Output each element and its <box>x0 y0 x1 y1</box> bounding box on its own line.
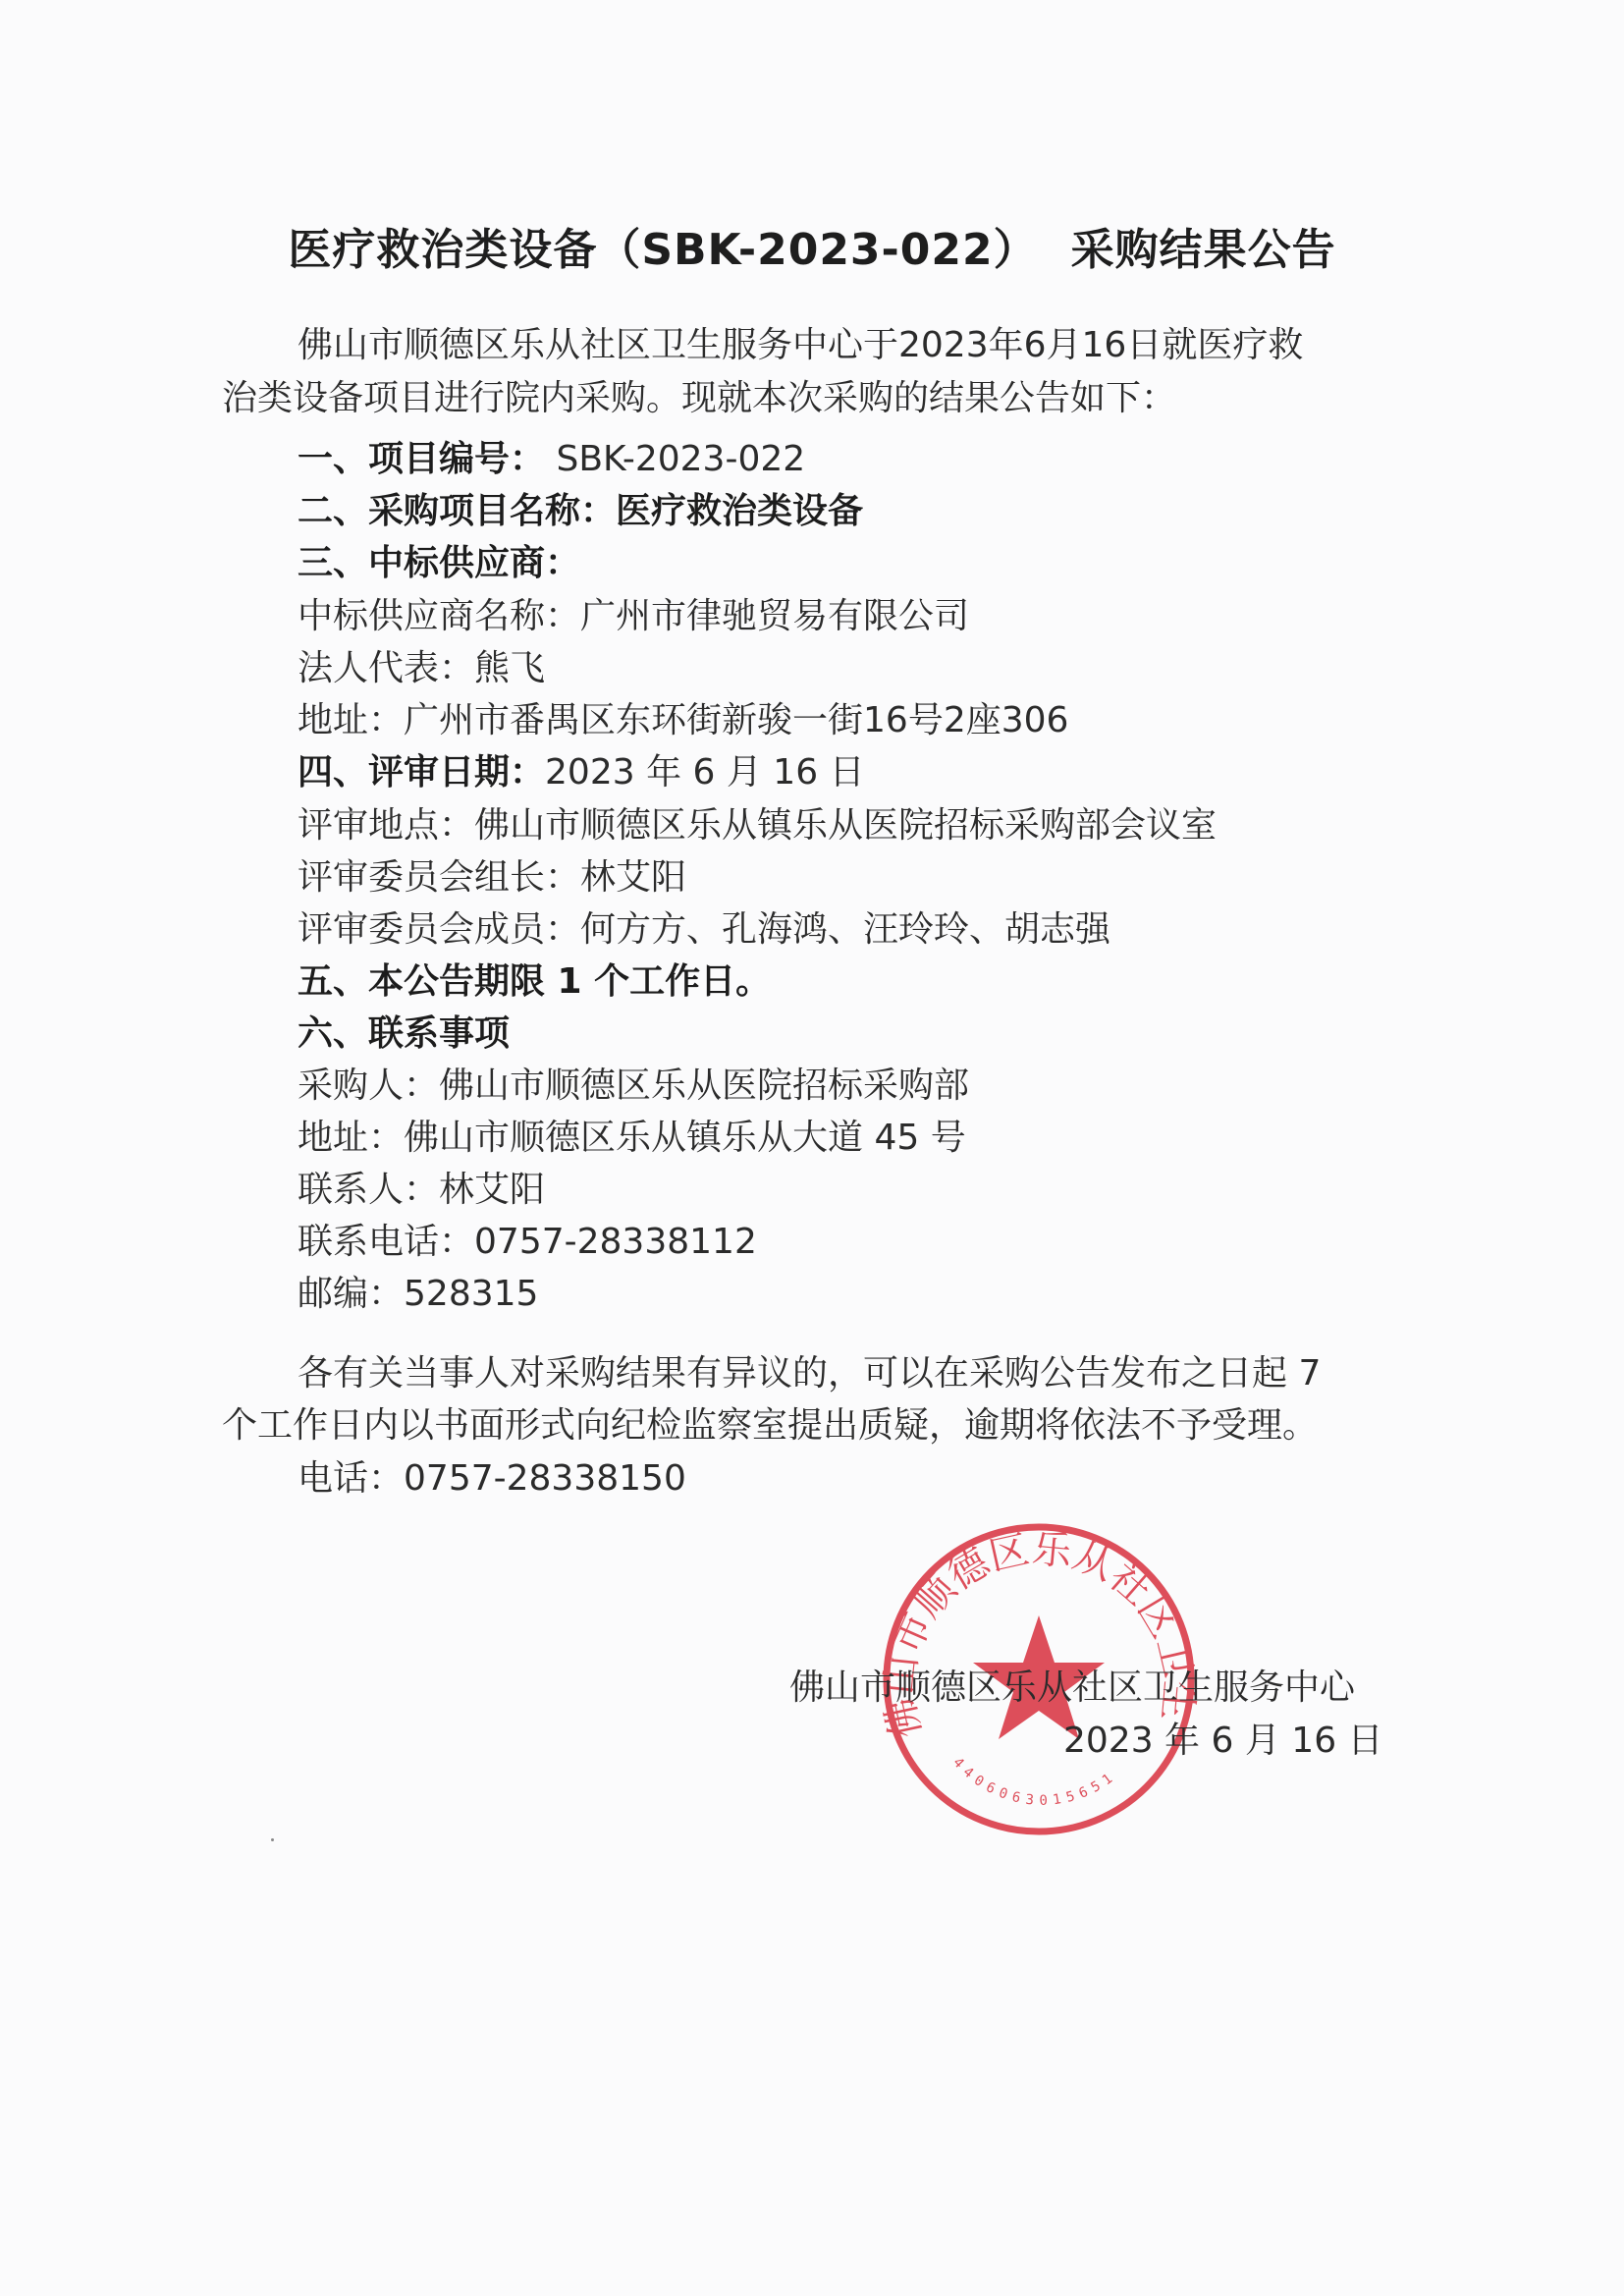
zip-code: 528315 <box>404 1274 538 1314</box>
objection-phone: 0757-28338150 <box>404 1458 686 1499</box>
project-name: 医疗救治类设备 <box>616 491 863 531</box>
supplier-address: 广州市番禺区东环街新骏一街16号2座306 <box>404 700 1068 740</box>
buyer: 佛山市顺德区乐从医院招标采购部 <box>439 1066 969 1106</box>
signature-org: 佛山市顺德区乐从社区卫生服务中心 <box>789 1660 1355 1710</box>
review-leader-row: 评审委员会组长：林艾阳 <box>298 856 686 900</box>
field-label: 电话： <box>298 1458 404 1499</box>
objection-line-2: 个工作日内以书面形式向纪检监察室提出质疑，逾期将依法不予受理。 <box>222 1404 1318 1448</box>
contact-phone: 0757-28338112 <box>474 1222 757 1262</box>
field-label: 邮编： <box>298 1274 404 1314</box>
intro-line-1: 佛山市顺德区乐从社区卫生服务中心于2023年6月16日就医疗救 <box>298 324 1303 367</box>
intro-line-2: 治类设备项目进行院内采购。现就本次采购的结果公告如下： <box>222 377 1176 420</box>
field-label: 采购人： <box>298 1066 439 1106</box>
title-suffix: 采购结果公告 <box>1071 225 1336 275</box>
signature-date: 2023 年 6 月 16 日 <box>1063 1713 1383 1763</box>
section-review-date: 四、评审日期：2023 年 6 月 16 日 <box>298 751 865 794</box>
supplier-name: 广州市律驰贸易有限公司 <box>580 596 969 636</box>
objection-phone-row: 电话：0757-28338150 <box>298 1457 686 1501</box>
supplier-address-row: 地址：广州市番禺区东环街新骏一街16号2座306 <box>298 699 1068 742</box>
field-label: 联系人： <box>298 1170 439 1210</box>
zip-row: 邮编：528315 <box>298 1273 538 1316</box>
section-label: 四、评审日期： <box>298 752 545 793</box>
objection-line-1: 各有关当事人对采购结果有异议的，可以在采购公告发布之日起 7 <box>298 1352 1321 1395</box>
field-label: 中标供应商名称： <box>298 596 580 636</box>
review-date: 2023 年 6 月 16 日 <box>545 752 865 793</box>
scan-speck <box>271 1838 274 1841</box>
supplier-name-row: 中标供应商名称：广州市律驰贸易有限公司 <box>298 595 969 638</box>
buyer-row: 采购人：佛山市顺德区乐从医院招标采购部 <box>298 1065 969 1108</box>
field-label: 联系电话： <box>298 1222 474 1262</box>
document-title: 医疗救治类设备（SBK-2023-022）采购结果公告 <box>0 214 1624 277</box>
section-supplier-heading: 三、中标供应商： <box>298 542 580 585</box>
review-place-row: 评审地点：佛山市顺德区乐从镇乐从医院招标采购部会议室 <box>298 804 1217 847</box>
review-leader: 林艾阳 <box>580 857 686 898</box>
section-project-number: 一、项目编号： SBK-2023-022 <box>298 438 805 481</box>
seal-code: 4406063015651 <box>949 1755 1120 1809</box>
contact-phone-row: 联系电话：0757-28338112 <box>298 1221 757 1264</box>
section-contact-heading: 六、联系事项 <box>298 1012 510 1056</box>
review-members: 何方方、孔海鸿、汪玲玲、胡志强 <box>580 909 1110 950</box>
legal-rep-row: 法人代表：熊飞 <box>298 647 545 690</box>
section-project-name: 二、采购项目名称：医疗救治类设备 <box>298 490 863 533</box>
review-members-row: 评审委员会成员：何方方、孔海鸿、汪玲玲、胡志强 <box>298 908 1110 952</box>
contact-person: 林艾阳 <box>439 1170 545 1210</box>
section-label: 一、项目编号： <box>298 439 545 479</box>
field-label: 法人代表： <box>298 648 474 688</box>
section-label: 二、采购项目名称： <box>298 491 616 531</box>
review-place: 佛山市顺德区乐从镇乐从医院招标采购部会议室 <box>474 805 1217 846</box>
title-main: 医疗救治类设备（SBK-2023-022） <box>288 225 1037 275</box>
field-label: 地址： <box>298 700 404 740</box>
field-label: 评审地点： <box>298 805 474 846</box>
document-page: 医疗救治类设备（SBK-2023-022）采购结果公告 佛山市顺德区乐从社区卫生… <box>0 0 1624 2296</box>
field-label: 评审委员会组长： <box>298 857 580 898</box>
field-label: 评审委员会成员： <box>298 909 580 950</box>
project-number: SBK-2023-022 <box>556 439 805 479</box>
field-label: 地址： <box>298 1118 404 1158</box>
legal-rep: 熊飞 <box>474 648 545 688</box>
section-notice-period: 五、本公告期限 1 个工作日。 <box>298 960 771 1004</box>
buyer-address-row: 地址：佛山市顺德区乐从镇乐从大道 45 号 <box>298 1117 966 1160</box>
contact-person-row: 联系人：林艾阳 <box>298 1169 545 1212</box>
buyer-address: 佛山市顺德区乐从镇乐从大道 45 号 <box>404 1118 966 1158</box>
